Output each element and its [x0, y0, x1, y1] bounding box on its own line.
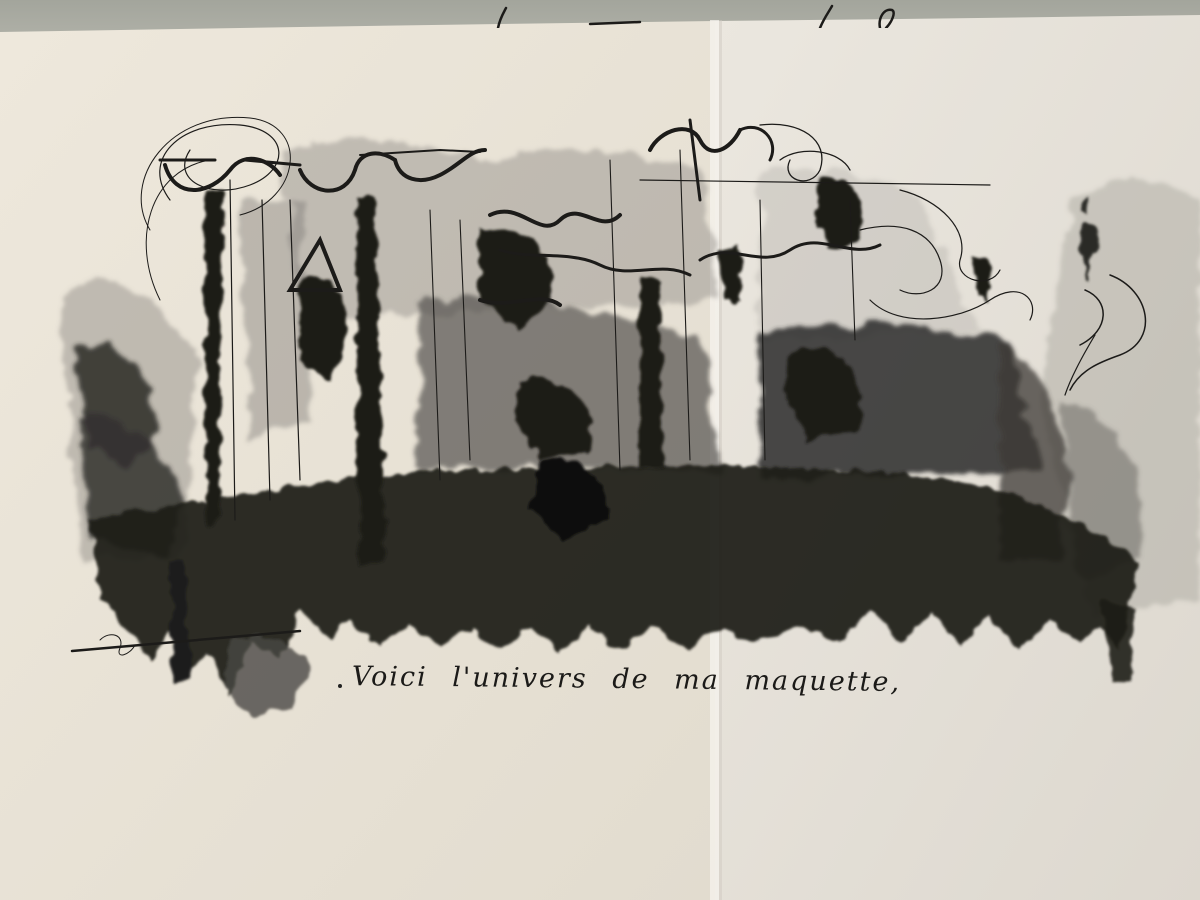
caption-bullet-dot [338, 684, 342, 688]
handwritten-caption: Voici l'univers de ma maquette, [352, 661, 901, 698]
cut-off-handwriting [0, 0, 1200, 28]
ink-drawing [0, 0, 1200, 900]
paper-sheet: Voici l'univers de ma maquette, [0, 0, 1200, 900]
